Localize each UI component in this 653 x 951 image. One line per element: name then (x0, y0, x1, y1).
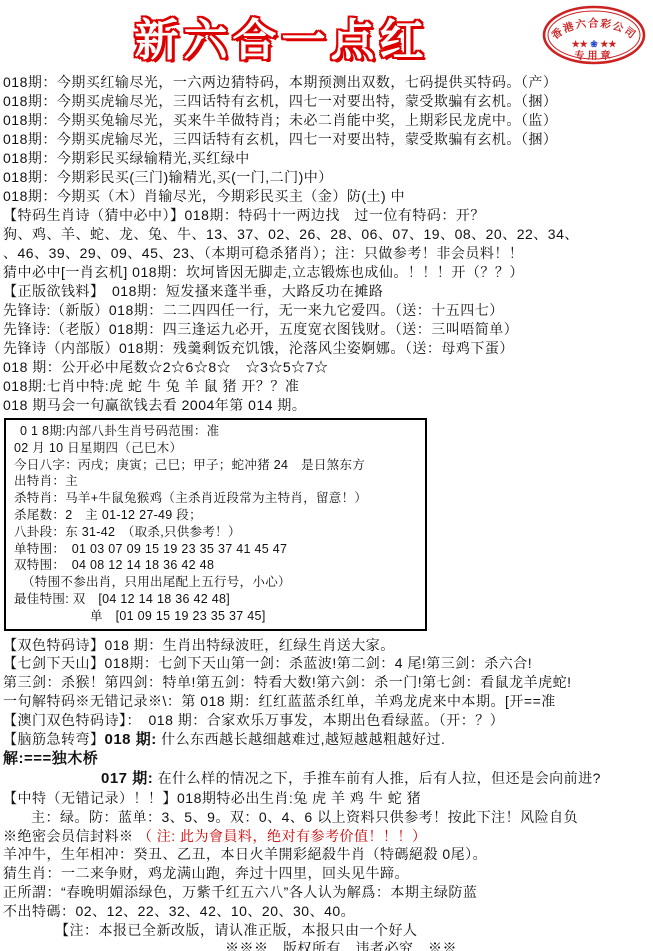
text-line: 先锋诗:（新版）018期：二二四四任一行，无一来九它爱四。（送：十五四七） (3, 301, 651, 320)
text-line: 018期：今期买虎输尽光，三四话特有玄机，四七一对要出特，蒙受欺骗有玄机。（捆） (3, 130, 651, 149)
text-line: 018期:七肖中特:虎 蛇 牛 兔 羊 鼠 猪 开？？准 (3, 377, 651, 396)
text-line: 先锋诗:（老版）018期：四三逢运九必开，五度宽衣图钱财。（送：三叫唔简单） (3, 320, 651, 339)
text-line: 今日八字：丙戌；庚寅；己巳；甲子；蛇冲猪 24 是日煞东方 (14, 457, 419, 474)
text-line: 018期：今期买（木）肖输尽光，今期彩民买主（金）防(土) 中 (3, 187, 651, 206)
text-segment: 先锋诗:（老版）018期：四三逢运九必开，五度宽衣图钱财。（送：三叫唔简单） (3, 321, 518, 337)
text-line: 杀特肖：马羊+牛鼠兔猴鸡（主杀肖近段常为主特肖，留意！） (14, 490, 419, 507)
text-line: ※※※ 版权所有 违者必究 ※※ (3, 939, 651, 951)
text-line: （特围不参出肖，只用出尾配上五行号，小心） (14, 574, 419, 591)
bagua-info-box: 0 1 8期:内部八卦生肖号码范围：准02 月 10 日星期四（己巳木）今日八字… (4, 418, 427, 631)
text-segment: 018期：今期买虎输尽光，三四话特有玄机，四七一对要出特，蒙受欺骗有玄机。（捆） (3, 93, 557, 109)
stamp-stars-left: ★★ (572, 39, 589, 49)
text-line: 羊冲牛，生年相冲：癸丑、乙丑，本日火羊開彩絕殺牛肖（特碼絕殺 0尾）。 (3, 845, 651, 864)
text-segment: 解:===独木桥 (3, 750, 98, 767)
text-segment: （ 注: 此为會員料，绝对有参考价值！！！） (138, 828, 427, 844)
text-segment: （特围不参出肖，只用出尾配上五行号，小心） (22, 575, 291, 589)
page-header: 新六合一点红 香港六合彩公司 ★★ ❀ ★★ 专用章 (0, 0, 653, 70)
text-line: 杀尾数：2 主 01-12 27-49 段； (14, 507, 419, 524)
text-segment: 八卦段：东 31-42 （取杀,只供参考！） (14, 525, 241, 539)
text-segment: 【正版欲钱料】 018期：短发搔来蓬半垂，大路反功在摊路 (3, 283, 383, 299)
text-line: 【特码生肖诗（猜中必中）】018期：特码十一两边找 过一位有特码：开？ (3, 206, 651, 225)
text-segment: 最佳特围: 双 [04 12 14 18 36 42 48] (14, 592, 230, 606)
stamp-stars-right: ★★ (600, 39, 617, 49)
text-line: 018期：今期买虎输尽光，三四话特有玄机，四七一对要出特，蒙受欺骗有玄机。（捆） (3, 92, 651, 111)
text-segment: 、46、39、29、09、45、23、（本期可稳杀猪肖）；注：只做参考！非会员料… (3, 245, 523, 261)
text-line: 0 1 8期:内部八卦生肖号码范围：准 (14, 423, 419, 440)
text-segment: 杀尾数：2 主 01-12 27-49 段； (14, 508, 202, 522)
text-line: 第三剑：杀猴！第四剑：特单!第五剑：特看大数!第六剑：杀一门!第七剑：看鼠龙羊虎… (3, 673, 651, 692)
text-segment: ※绝密会员信封料※ (3, 828, 138, 844)
text-segment: 0 1 8期:内部八卦生肖号码范围：准 (20, 424, 219, 438)
text-segment: 先锋诗:（新版）018期：二二四四任一行，无一来九它爱四。（送：十五四七） (3, 302, 504, 318)
text-segment: 018期：今期买（木）肖输尽光，今期彩民买主（金）防(土) 中 (3, 188, 405, 204)
text-segment: 猜生肖：一二来争财，鸡龙满山跑，奔过十四里，回头见牛蹄。 (3, 865, 409, 881)
text-segment: 正所謂：“春晚明媚添绿色，万紫千红五六八”各人认为解爲：本期主绿防蓝 (3, 884, 477, 900)
text-segment: 【脑筋急转弯】 (3, 731, 105, 747)
tip-sheet-page: 新六合一点红 香港六合彩公司 ★★ ❀ ★★ 专用章 018期：今期买红输尽光，… (0, 0, 653, 951)
text-line: 【脑筋急转弯】018 期: 什么东西越长越细越难过,越短越越粗越好过. (3, 730, 651, 750)
stamp-flower-icon: ❀ (590, 39, 598, 49)
text-segment: ※※※ 版权所有 违者必究 ※※ (225, 940, 457, 951)
text-segment: 【澳门双色特码诗】： 018 期：合家欢乐万事发，本期出色看绿蓝。（开：？） (3, 712, 504, 728)
text-line: 【七剑下天山】018期：七剑下天山第一剑：杀蓝波!第二剑：4 尾!第三剑：杀六合… (3, 654, 651, 673)
text-line: 八卦段：东 31-42 （取杀,只供参考！） (14, 524, 419, 541)
text-line: 单特围： 01 03 07 09 15 19 23 35 37 41 45 47 (14, 541, 419, 558)
text-line: 【中特（无错记录）！！】018期特必出生肖:兔 虎 羊 鸡 牛 蛇 猪 (3, 789, 651, 808)
text-segment: 018期：今期买红输尽光，一六两边猜特码，本期预测出双数，七码提供买特码。（产） (3, 74, 557, 90)
text-segment: 018 期马会一句赢欲钱去看 2004年第 014 期。 (3, 397, 306, 413)
text-segment: 今日八字：丙戌；庚寅；己巳；甲子；蛇冲猪 24 是日煞东方 (14, 458, 365, 472)
text-segment: 018 期：公开必中尾数☆2☆6☆8☆ ☆3☆5☆7☆ (3, 359, 328, 375)
text-line: 最佳特围: 双 [04 12 14 18 36 42 48] (14, 591, 419, 608)
text-line: ※绝密会员信封料※ （ 注: 此为會員料，绝对有参考价值！！！） (3, 827, 651, 846)
text-segment: 018期：今期买虎输尽光，三四话特有玄机，四七一对要出特，蒙受欺骗有玄机。（捆） (3, 131, 557, 147)
page-title: 新六合一点红 (0, 4, 563, 68)
text-line: 018期：今期买兔输尽光，买来牛羊做特肖；未必二肖能中奖，上期彩民龙虎中。（监） (3, 111, 651, 130)
text-segment: 不出特碼：02、12、22、32、42、10、20、30、40。 (3, 903, 355, 919)
text-segment: 第三剑：杀猴！第四剑：特单!第五剑：特看大数!第六剑：杀一门!第七剑：看鼠龙羊虎… (3, 674, 572, 690)
text-line: 【正版欲钱料】 018期：短发搔来蓬半垂，大路反功在摊路 (3, 282, 651, 301)
text-segment: 02 月 10 日星期四（己巳木） (14, 441, 182, 455)
text-segment: 018期：今期买兔输尽光，买来牛羊做特肖；未必二肖能中奖，上期彩民龙虎中。（监） (3, 112, 557, 128)
text-segment: 猜中必中[一肖玄机] 018期：坎坷皆因无脚走,立志锻炼也成仙。！！！开（？？） (3, 264, 524, 280)
text-segment: 单特围： 01 03 07 09 15 19 23 35 37 41 45 47 (14, 542, 287, 556)
text-segment: 018期：今期彩民买绿输精光,买红绿中 (3, 150, 250, 166)
text-line: 018期：今期彩民买(三门)输精光,买(一门,二门)中） (3, 168, 651, 187)
text-segment: 【特码生肖诗（猜中必中）】018期：特码十一两边找 过一位有特码：开？ (3, 207, 485, 223)
text-line: 主：绿。防：蓝单：3、5、9。双：0、4、6 以上资料只供参考！按此下注！风险自… (3, 808, 651, 827)
text-segment: 狗、鸡、羊、蛇、龙、兔、牛、13、37、02、26、28、06、07、19、08… (3, 226, 579, 242)
text-segment: 在什么样的情况之下，手推车前有人推，后有人拉，但还是会向前进? (153, 770, 601, 786)
text-segment: 【七剑下天山】018期：七剑下天山第一剑：杀蓝波!第二剑：4 尾!第三剑：杀六合… (3, 655, 532, 671)
text-line: 【双色特码诗】018 期：生肖出特绿波旺，红绿生肖送大家。 (3, 636, 651, 655)
text-line: 猜中必中[一肖玄机] 018期：坎坷皆因无脚走,立志锻炼也成仙。！！！开（？？） (3, 263, 651, 282)
text-line: 017 期: 在什么样的情况之下，手推车前有人推，后有人拉，但还是会向前进? (3, 769, 651, 789)
text-line: 狗、鸡、羊、蛇、龙、兔、牛、13、37、02、26、28、06、07、19、08… (3, 225, 651, 244)
text-segment: 一句解特码※无错记录※\：第 018 期：红红蓝蓝杀红单，羊鸡龙虎来中本期。[开… (3, 693, 556, 709)
text-segment: 双特围： 04 08 12 14 18 36 42 48 (14, 558, 214, 572)
text-line: 双特围： 04 08 12 14 18 36 42 48 (14, 557, 419, 574)
text-line: 正所謂：“春晚明媚添绿色，万紫千红五六八”各人认为解爲：本期主绿防蓝 (3, 883, 651, 902)
text-segment: 【中特（无错记录）！！】018期特必出生肖:兔 虎 羊 鸡 牛 蛇 猪 (3, 790, 421, 806)
text-line: 一句解特码※无错记录※\：第 018 期：红红蓝蓝杀红单，羊鸡龙虎来中本期。[开… (3, 692, 651, 711)
text-line: 【注：本报已全新改版，请认准正版，本报只由一个好人 (3, 921, 651, 940)
text-line: 018 期马会一句赢欲钱去看 2004年第 014 期。 (3, 396, 651, 415)
text-segment: 018 期: (105, 731, 157, 748)
tips-section-bottom: 【双色特码诗】018 期：生肖出特绿波旺，红绿生肖送大家。【七剑下天山】018期… (0, 633, 653, 951)
tips-section-top: 018期：今期买红输尽光，一六两边猜特码，本期预测出双数，七码提供买特码。（产）… (0, 70, 653, 415)
text-line: 解:===独木桥 (3, 749, 651, 769)
text-line: 【澳门双色特码诗】： 018 期：合家欢乐万事发，本期出色看绿蓝。（开：？） (3, 711, 651, 730)
stamp-bottom-text: 专用章 (575, 49, 614, 62)
text-line: 出特肖：主 (14, 473, 419, 490)
text-line: 018 期：公开必中尾数☆2☆6☆8☆ ☆3☆5☆7☆ (3, 358, 651, 377)
text-segment: 出特肖：主 (14, 474, 78, 488)
text-line: 单 [01 09 15 19 23 35 37 45] (14, 608, 419, 625)
company-stamp: 香港六合彩公司 ★★ ❀ ★★ 专用章 (541, 5, 647, 65)
text-segment: 【双色特码诗】018 期：生肖出特绿波旺，红绿生肖送大家。 (3, 637, 395, 653)
text-line: 、46、39、29、09、45、23、（本期可稳杀猪肖）；注：只做参考！非会员料… (3, 244, 651, 263)
text-segment: 018期:七肖中特:虎 蛇 牛 兔 羊 鼠 猪 开？？准 (3, 378, 299, 394)
text-segment: 什么东西越长越细越难过,越短越越粗越好过. (157, 731, 446, 747)
text-segment: 017 期: (101, 770, 153, 787)
text-segment: 羊冲牛，生年相冲：癸丑、乙丑，本日火羊開彩絕殺牛肖（特碼絕殺 0尾）。 (3, 846, 487, 862)
text-line: 018期：今期彩民买绿输精光,买红绿中 (3, 149, 651, 168)
text-segment: 杀特肖：马羊+牛鼠兔猴鸡（主杀肖近段常为主特肖，留意！） (14, 491, 367, 505)
text-segment: 主：绿。防：蓝单：3、5、9。双：0、4、6 以上资料只供参考！按此下注！风险自… (31, 809, 578, 825)
text-line: 018期：今期买红输尽光，一六两边猜特码，本期预测出双数，七码提供买特码。（产） (3, 73, 651, 92)
text-line: 先锋诗（内部版）018期：残羹剩饭充饥饿，沦落风尘姿婀娜。（送：母鸡下蛋） (3, 339, 651, 358)
svg-text:★★ ❀ ★★: ★★ ❀ ★★ (572, 39, 618, 49)
text-segment: 先锋诗（内部版）018期：残羹剩饭充饥饿，沦落风尘姿婀娜。（送：母鸡下蛋） (3, 340, 514, 356)
text-segment: 单 [01 09 15 19 23 35 37 45] (90, 609, 266, 623)
text-segment: 【注：本报已全新改版，请认准正版，本报只由一个好人 (55, 922, 418, 938)
text-segment: 018期：今期彩民买(三门)输精光,买(一门,二门)中） (3, 169, 333, 185)
text-line: 不出特碼：02、12、22、32、42、10、20、30、40。 (3, 902, 651, 921)
text-line: 猜生肖：一二来争财，鸡龙满山跑，奔过十四里，回头见牛蹄。 (3, 864, 651, 883)
text-line: 02 月 10 日星期四（己巳木） (14, 440, 419, 457)
